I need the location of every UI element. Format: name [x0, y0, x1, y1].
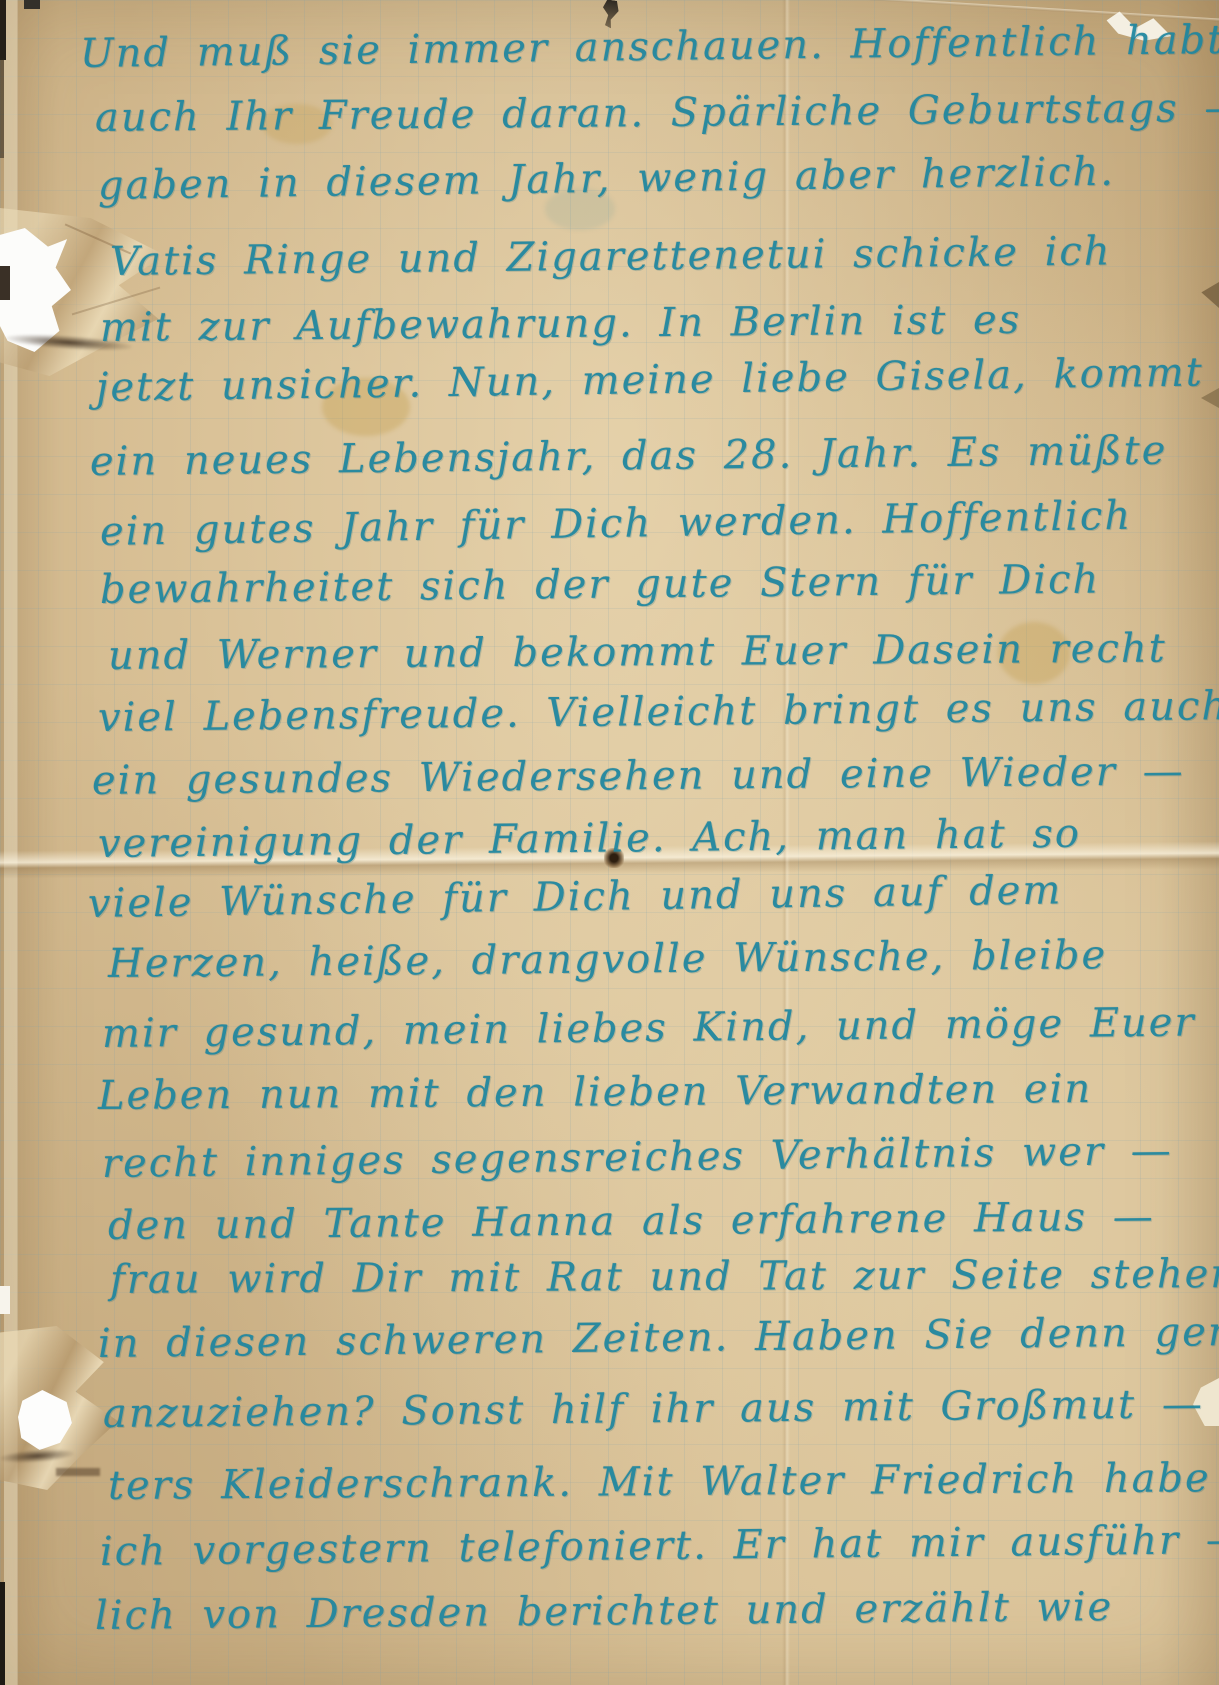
- letter-line: gaben in diesem Jahr, wenig aber herzlic…: [98, 146, 1116, 212]
- letter-line: ters Kleiderschrank. Mit Walter Friedric…: [108, 1452, 1211, 1512]
- letter-line: den und Tante Hanna als erfahrene Haus —: [108, 1191, 1155, 1252]
- letter-line: und Werner und bekommt Euer Dasein recht: [108, 623, 1167, 682]
- letter-line: Und muß sie immer anschauen. Hoffentlich…: [80, 14, 1219, 80]
- letter-line: anzuziehen? Sonst hilf ihr aus mit Großm…: [103, 1378, 1204, 1440]
- handwritten-letter-text: Und muß sie immer anschauen. Hoffentlich…: [0, 0, 1219, 1685]
- letter-line: lich von Dresden berichtet und erzählt w…: [95, 1581, 1114, 1642]
- letter-line: Vatis Ringe und Zigarettenetui schicke i…: [110, 226, 1112, 288]
- letter-line: frau wird Dir mit Rat und Tat zur Seite …: [110, 1248, 1219, 1306]
- letter-line: ein gutes Jahr für Dich werden. Hoffentl…: [100, 490, 1133, 558]
- letter-line: mit zur Aufbewahrung. In Berlin ist es: [100, 294, 1022, 354]
- letter-line: mir gesund, mein liebes Kind, und möge E…: [102, 997, 1196, 1060]
- letter-line: in diesen schweren Zeiten. Haben Sie den…: [98, 1306, 1219, 1370]
- letter-line: ich vorgestern telefoniert. Er hat mir a…: [100, 1514, 1219, 1578]
- letter-line: viele Wünsche für Dich und uns auf dem: [88, 864, 1063, 930]
- letter-line: jetzt unsicher. Nun, meine liebe Gisela,…: [96, 347, 1204, 414]
- letter-page: Und muß sie immer anschauen. Hoffentlich…: [0, 0, 1219, 1685]
- letter-line: ein gesundes Wiedersehen und eine Wieder…: [92, 745, 1185, 807]
- letter-line: ein neues Lebensjahr, das 28. Jahr. Es m…: [90, 425, 1168, 488]
- letter-line: bewahrheitet sich der gute Stern für Dic…: [100, 554, 1101, 616]
- letter-line: auch Ihr Freude daran. Spärliche Geburts…: [95, 82, 1219, 144]
- letter-line: Leben nun mit den lieben Verwandten ein: [98, 1063, 1093, 1122]
- letter-line: recht inniges segensreiches Verhältnis w…: [102, 1125, 1173, 1190]
- letter-line: viel Lebensfreude. Vielleicht bringt es …: [98, 680, 1219, 744]
- letter-line: Herzen, heiße, drangvolle Wünsche, bleib…: [108, 929, 1108, 990]
- letter-line: vereinigung der Familie. Ach, man hat so: [98, 808, 1082, 870]
